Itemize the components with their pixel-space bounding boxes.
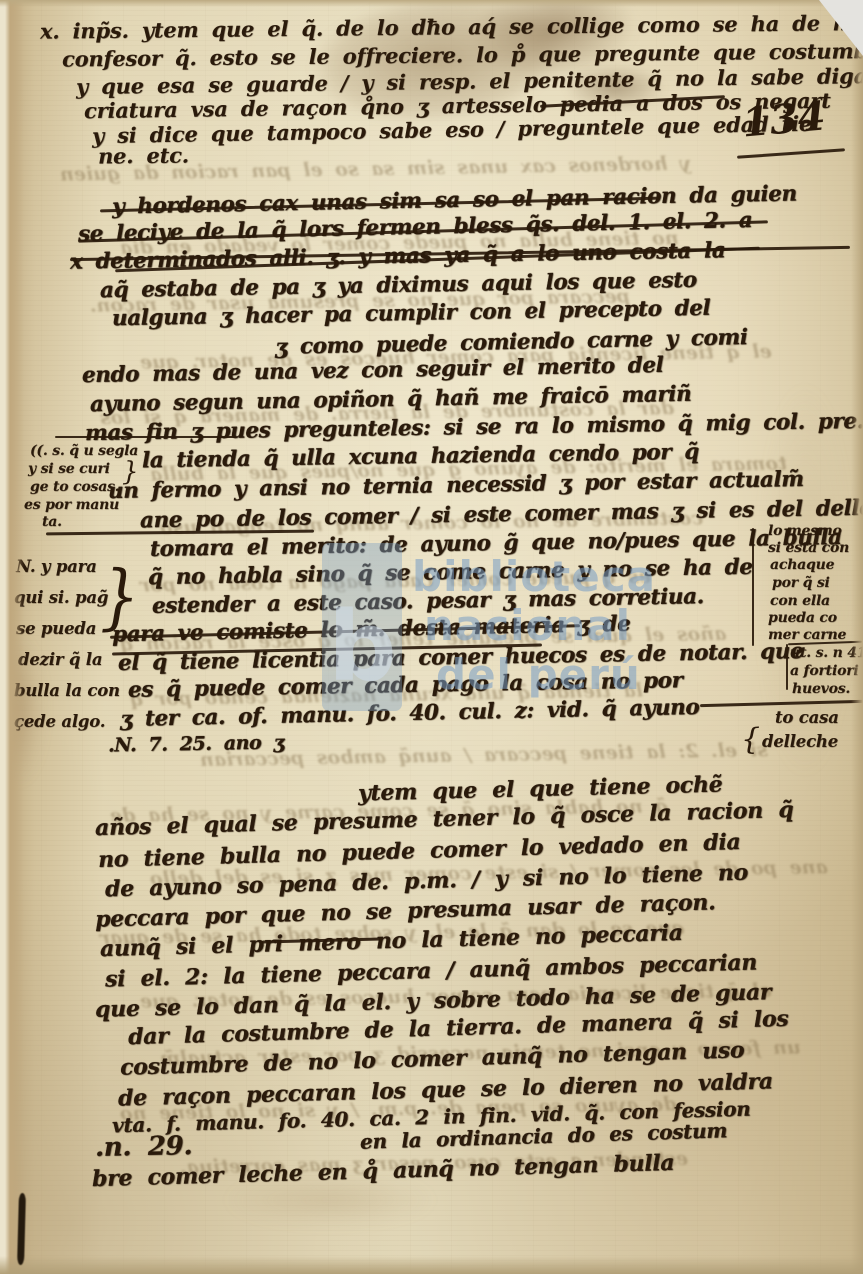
margin-brace: } xyxy=(122,457,139,487)
margin-note-line: ge to cosas. xyxy=(30,479,119,495)
margin-rule-vertical xyxy=(786,644,788,690)
margin-note-line: se pueda xyxy=(16,619,96,638)
watermark-logo-letter: b xyxy=(328,599,397,695)
manuscript-line: ne. etc. xyxy=(98,143,189,169)
edge-smudge-left xyxy=(0,610,60,810)
watermark-text-line: biblioteca xyxy=(412,552,656,601)
margin-note-line: con ella xyxy=(770,593,830,609)
margin-note-line: a fortiori xyxy=(790,663,859,679)
margin-note-line: achaque xyxy=(770,557,834,573)
margin-note-line: ut. s. n 41 xyxy=(790,645,863,661)
margin-note-line: huevos. xyxy=(792,681,850,697)
manuscript-page: y hordenos cax unas sim sa so el pan rac… xyxy=(0,0,863,1274)
margin-note-line: por q̃ si xyxy=(772,575,830,591)
watermark-text-line: del perú xyxy=(436,650,641,699)
page-number-underline xyxy=(737,148,845,158)
margin-note-line: qui si. pag̃ xyxy=(14,588,108,607)
margin-brace: { xyxy=(741,722,760,757)
margin-note-line: ta. xyxy=(42,514,62,530)
paper-edge-top xyxy=(0,0,863,7)
margin-brace: } xyxy=(100,555,139,639)
margin-note-line: çede algo. xyxy=(14,712,105,731)
margin-rule-vertical xyxy=(752,528,754,646)
margin-note-line: lo mesmo xyxy=(768,523,842,539)
margin-note-line: es por manu xyxy=(24,497,119,513)
paper-edge-bottom xyxy=(0,1256,863,1274)
paper-edge-right xyxy=(851,0,863,1274)
page-number: 134 xyxy=(740,92,827,146)
margin-rule xyxy=(55,436,235,438)
margin-note-line: si esta con xyxy=(768,540,849,556)
margin-note-line: to casa xyxy=(775,708,839,727)
margin-rule xyxy=(700,700,863,707)
watermark-text-line: nacional xyxy=(424,601,631,650)
margin-note-line: y si se curi xyxy=(28,461,110,477)
margin-note-line: mer carne xyxy=(768,627,846,643)
margin-note-line: bulla la con xyxy=(14,681,120,700)
margin-note-line: N. y para xyxy=(16,557,97,576)
watermark-logo-tile: b xyxy=(322,543,402,711)
margin-note-line: pueda co xyxy=(768,610,837,626)
margin-note-line: delleche xyxy=(762,732,838,751)
paper-crack xyxy=(17,1193,26,1265)
manuscript-line: .N. 7. 25. ano ʒ xyxy=(108,731,284,756)
manuscript-line: .n. 29. xyxy=(95,1131,193,1163)
margin-note-line: dezir q̃ la xyxy=(18,650,102,669)
